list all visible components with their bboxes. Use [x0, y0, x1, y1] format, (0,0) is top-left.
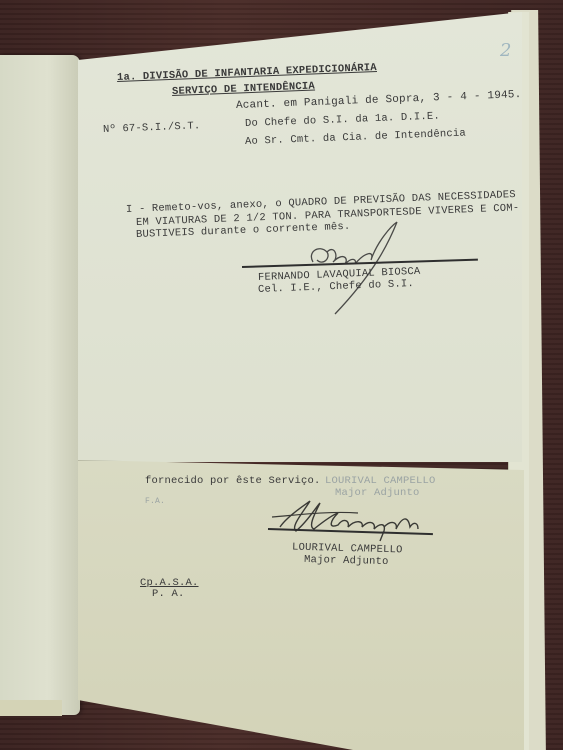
- left-page-bottom-edge: [0, 700, 62, 716]
- faded-initials: F.A.: [145, 497, 165, 506]
- lower-sheet-line: fornecido por êste Serviço.: [145, 475, 321, 487]
- pencil-page-number: 2: [500, 40, 511, 61]
- signature-campello: [268, 497, 448, 547]
- faded-name: LOURIVAL CAMPELLO: [325, 475, 436, 487]
- left-facing-page: [0, 55, 80, 715]
- copy-sub: P. A.: [152, 588, 185, 600]
- signatory2-title: Major Adjunto: [304, 554, 389, 568]
